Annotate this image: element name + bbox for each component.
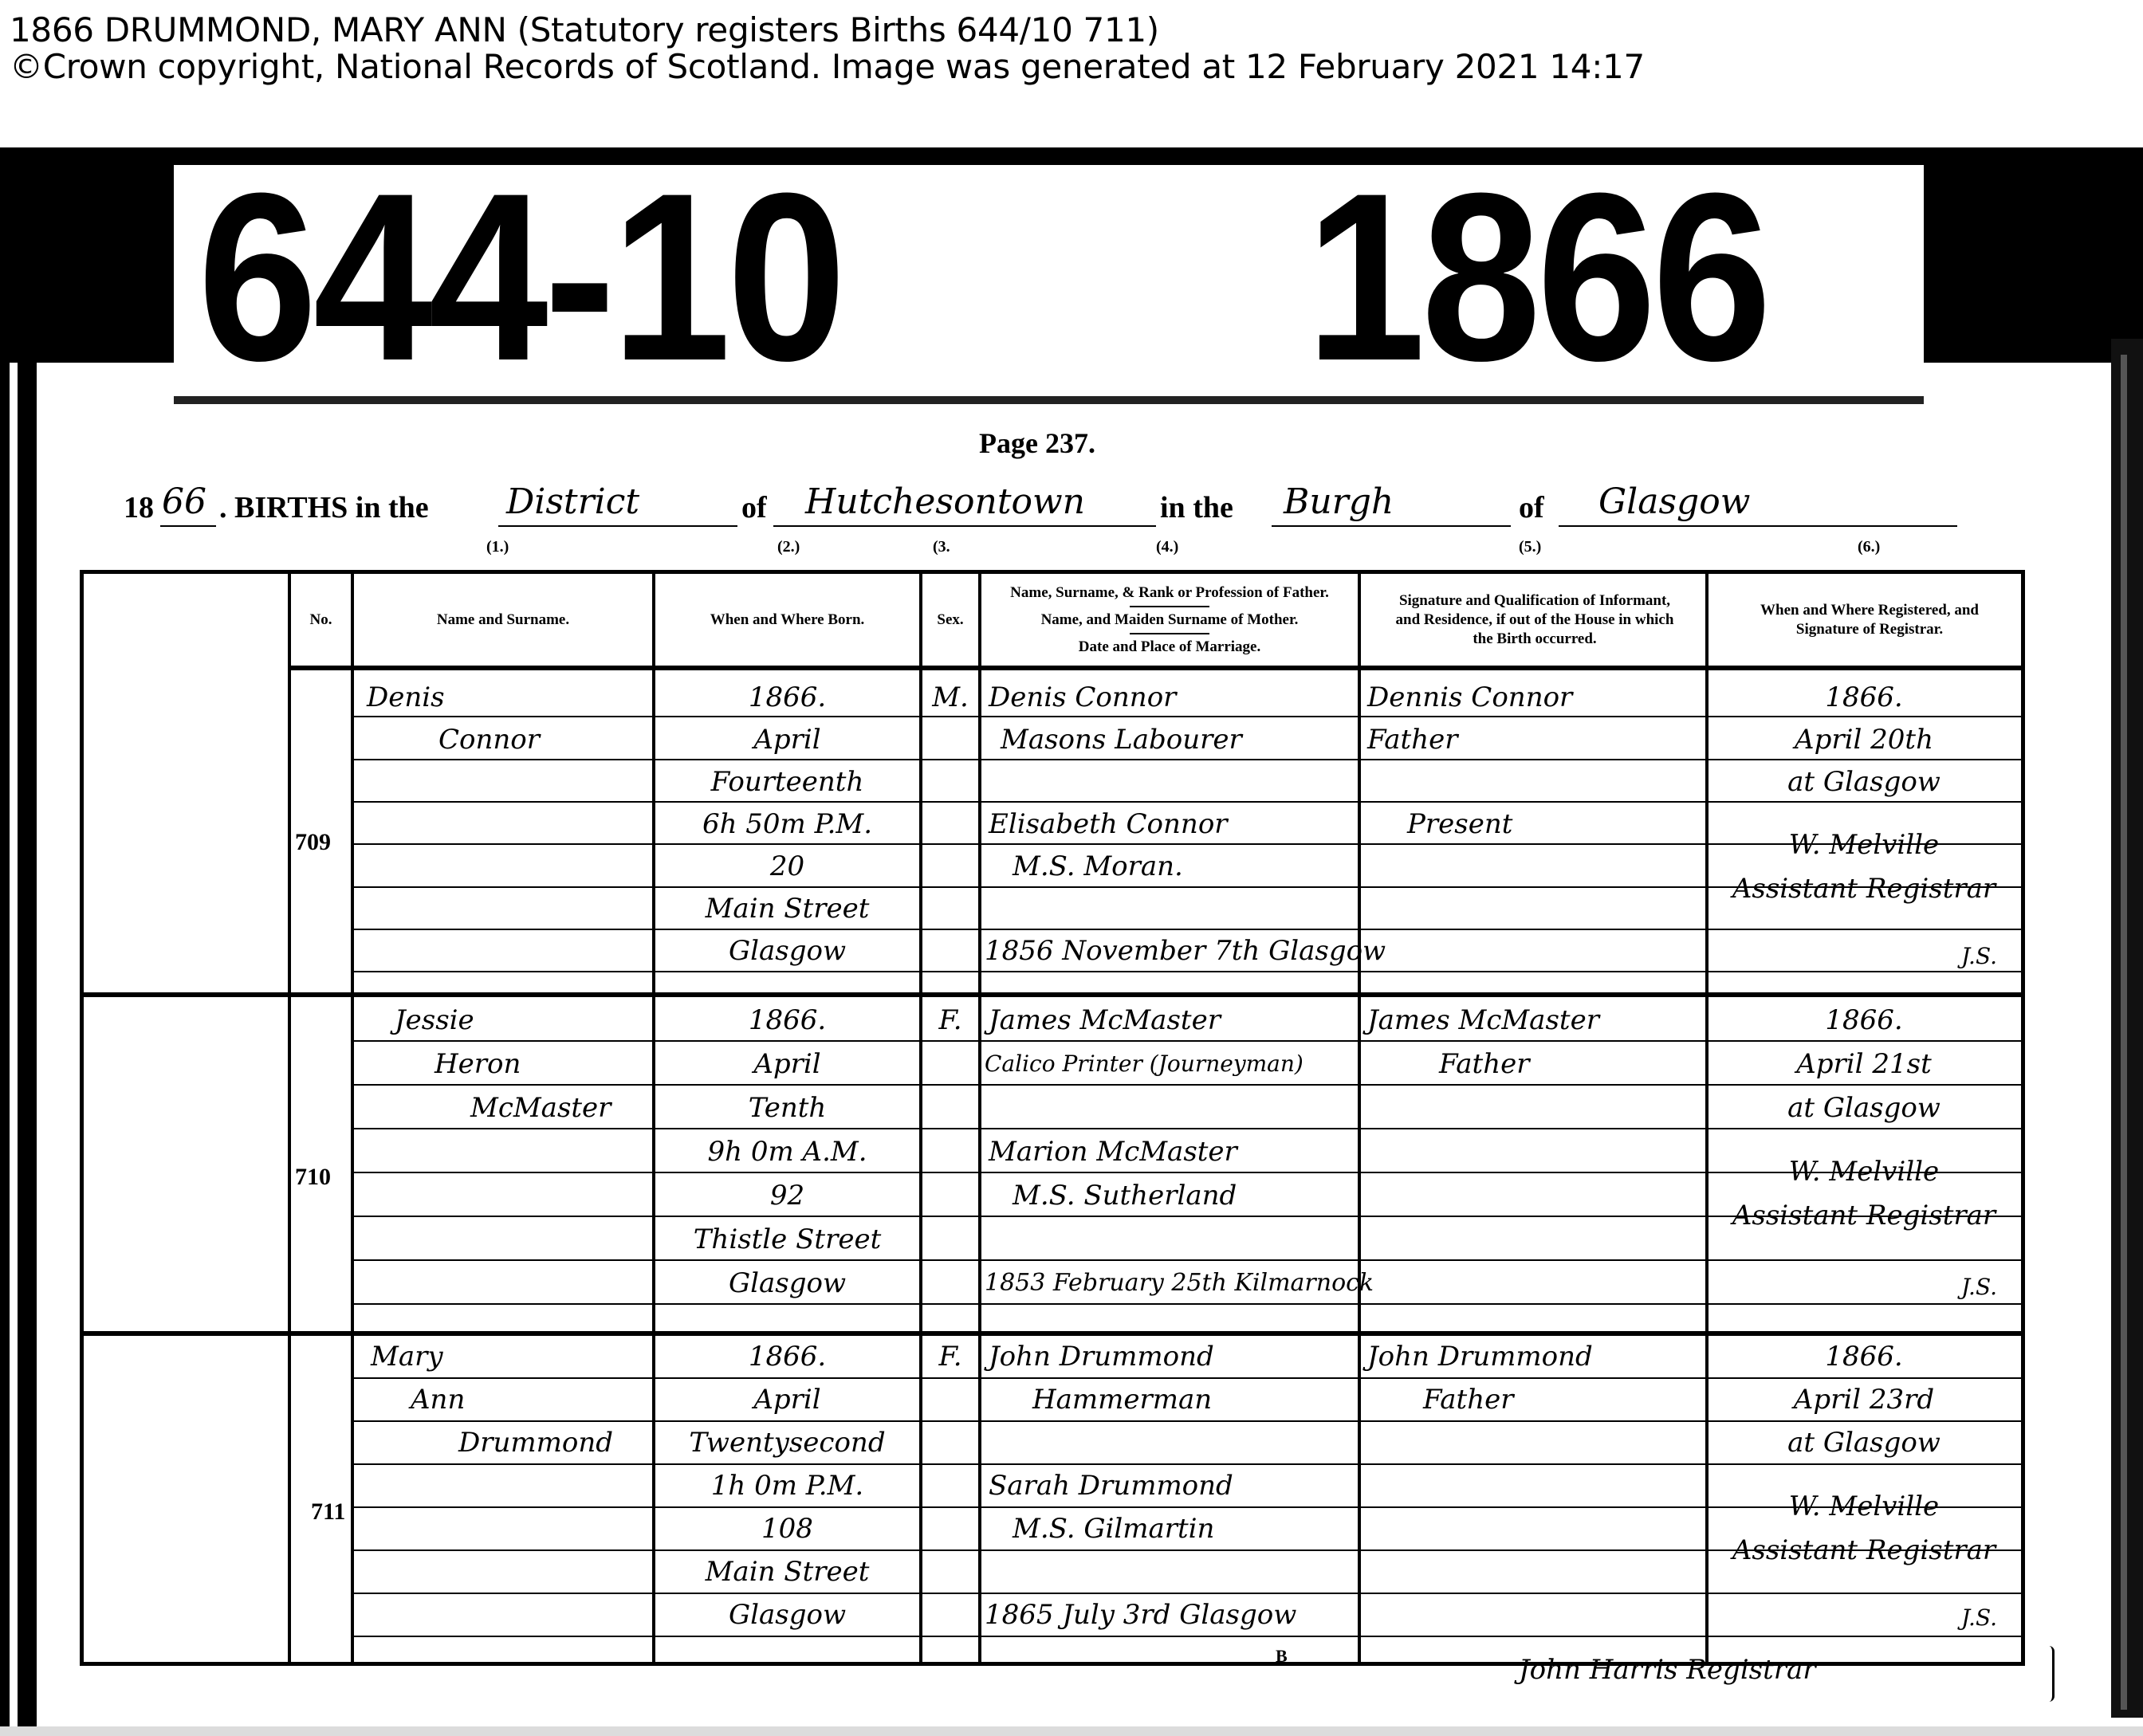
header-born: When and Where Born. <box>655 574 919 666</box>
registrar-initials: J.S. <box>1961 1602 1997 1634</box>
birth-time: 9h 0m A.M. <box>655 1136 919 1168</box>
birth-day: Fourteenth <box>655 766 919 798</box>
bracket-mark <box>2049 1646 2055 1702</box>
informant-qualification: Father <box>1423 1384 1514 1416</box>
column-number-4: (4.) <box>1156 538 1178 556</box>
scan-right-edge-line <box>2121 355 2127 1710</box>
mother-maiden-name: M.S. Sutherland <box>1013 1180 1237 1212</box>
header-father: Name, Surname, & Rank or Profession of F… <box>1010 583 1329 603</box>
child-first-name: Mary <box>371 1341 443 1373</box>
copyright-notice: ©Crown copyright, National Records of Sc… <box>10 48 1645 86</box>
father-name: Denis Connor <box>989 681 1176 713</box>
child-surname: Connor <box>438 724 540 756</box>
father-occupation: Calico Printer (Journeyman) <box>985 1048 1303 1080</box>
registrar-page-signature: John Harris Registrar <box>1519 1654 1816 1686</box>
birth-street: Main Street <box>655 893 919 925</box>
birth-month: April <box>655 1384 919 1416</box>
registrar-title: Assistant Registrar <box>1709 1200 2019 1231</box>
father-name: John Drummond <box>989 1341 1214 1373</box>
header-parents: Name, Surname, & Rank or Profession of F… <box>981 574 1358 666</box>
mother-name: Sarah Drummond <box>989 1470 1233 1502</box>
registered-year: 1866. <box>1709 681 2019 713</box>
record-title: 1866 DRUMMOND, MARY ANN (Statutory regis… <box>10 11 1159 49</box>
marriage-date-place: 1865 July 3rd Glasgow <box>985 1599 1296 1631</box>
father-occupation: Masons Labourer <box>1001 724 1242 756</box>
birth-month: April <box>655 724 919 756</box>
registered-place: at Glasgow <box>1709 766 2019 798</box>
child-first-name: Denis <box>367 681 445 713</box>
register-heading: 18 66 . BIRTHS in the District of Hutche… <box>124 482 1997 530</box>
informant-name: John Drummond <box>1367 1341 1593 1373</box>
header-informant: Signature and Qualification of Informant… <box>1391 574 1678 666</box>
registered-place: at Glasgow <box>1709 1427 2019 1459</box>
column-number-1: (1.) <box>486 538 509 556</box>
scan-right-edge <box>2111 339 2143 1718</box>
birth-town: Glasgow <box>655 935 919 967</box>
birth-house-number: 108 <box>655 1513 919 1545</box>
registrar-signature: W. Melville <box>1709 1491 2019 1522</box>
father-occupation: Hammerman <box>1032 1384 1212 1416</box>
child-middle-name: Ann <box>411 1384 465 1416</box>
birth-house-number: 20 <box>655 850 919 882</box>
marriage-date-place: 1853 February 25th Kilmarnock <box>985 1267 1374 1299</box>
page-number: Page 237. <box>979 426 1095 460</box>
column-number-2: (2.) <box>777 538 800 556</box>
column-number-6: (6.) <box>1858 538 1880 556</box>
heading-in-the: in the <box>1160 490 1233 525</box>
registrar-signature: W. Melville <box>1709 829 2019 861</box>
birth-month: April <box>655 1048 919 1080</box>
scan-left-edge-line <box>10 363 18 1734</box>
birth-year: 1866. <box>655 1341 919 1373</box>
birth-house-number: 92 <box>655 1180 919 1212</box>
reference-number: 644-10 <box>198 157 842 396</box>
header-registered: When and Where Registered, and Signature… <box>1742 574 1997 666</box>
mother-maiden-name: M.S. Moran. <box>1013 850 1183 882</box>
heading-year-suffix: 66 <box>162 481 206 522</box>
heading-births-in-the: . BIRTHS in the <box>219 490 429 525</box>
scan-bottom-margin <box>0 1726 2143 1736</box>
registered-year: 1866. <box>1709 1341 2019 1373</box>
informant-residence: Present <box>1407 808 1512 840</box>
scan-left-edge <box>0 147 37 1736</box>
mother-name: Marion McMaster <box>989 1136 1237 1168</box>
entry-number: 709 <box>295 829 331 856</box>
registrar-title: Assistant Registrar <box>1709 1534 2019 1566</box>
registered-date: April 21st <box>1709 1048 2019 1080</box>
sex: F. <box>922 1004 978 1036</box>
birth-day: Tenth <box>655 1092 919 1124</box>
birth-year: 1866. <box>655 681 919 713</box>
birth-town: Glasgow <box>655 1599 919 1631</box>
registered-date: April 23rd <box>1709 1384 2019 1416</box>
birth-town: Glasgow <box>655 1267 919 1299</box>
registrar-initials: J.S. <box>1961 941 1997 972</box>
heading-district-type: District <box>506 481 639 522</box>
mother-name: Elisabeth Connor <box>989 808 1228 840</box>
child-first-name: Jessie <box>395 1004 474 1036</box>
heading-of-1: of <box>741 490 767 525</box>
heading-burgh-name: Glasgow <box>1598 481 1750 522</box>
child-surname: Drummond <box>458 1427 613 1459</box>
header-sex: Sex. <box>922 574 978 666</box>
child-surname: McMaster <box>470 1092 611 1124</box>
birth-street: Main Street <box>655 1556 919 1588</box>
registered-place: at Glasgow <box>1709 1092 2019 1124</box>
mother-maiden-name: M.S. Gilmartin <box>1013 1513 1214 1545</box>
sex: F. <box>922 1341 978 1373</box>
entry-number: 710 <box>295 1164 331 1191</box>
father-name: James McMaster <box>989 1004 1221 1036</box>
column-number-3: (3. <box>933 538 950 556</box>
registrar-signature: W. Melville <box>1709 1156 2019 1188</box>
informant-qualification: Father <box>1367 724 1458 756</box>
heading-of-2: of <box>1519 490 1544 525</box>
registered-year: 1866. <box>1709 1004 2019 1036</box>
informant-name: Dennis Connor <box>1367 681 1572 713</box>
marriage-date-place: 1856 November 7th Glasgow <box>985 935 1386 967</box>
registered-date: April 20th <box>1709 724 2019 756</box>
page-mark: B <box>1276 1646 1288 1667</box>
registrar-title: Assistant Registrar <box>1709 873 2019 905</box>
reference-label: 644-10 1866 <box>174 165 1924 404</box>
header-mother: Name, and Maiden Surname of Mother. <box>1041 611 1299 630</box>
column-number-5: (5.) <box>1519 538 1541 556</box>
births-register-table: No. Name and Surname. When and Where Bor… <box>80 570 2025 1666</box>
reference-year: 1866 <box>1306 157 1767 396</box>
heading-burgh-type: Burgh <box>1284 481 1394 522</box>
header-no: No. <box>291 574 351 666</box>
header-marriage: Date and Place of Marriage. <box>1079 638 1260 657</box>
header-name: Name and Surname. <box>354 574 652 666</box>
birth-street: Thistle Street <box>655 1223 919 1255</box>
informant-qualification: Father <box>1439 1048 1530 1080</box>
heading-year-prefix: 18 <box>124 490 154 525</box>
registrar-initials: J.S. <box>1961 1271 1997 1303</box>
birth-time: 6h 50m P.M. <box>655 808 919 840</box>
heading-district-name: Hutchesontown <box>805 481 1085 522</box>
birth-year: 1866. <box>655 1004 919 1036</box>
entry-number: 711 <box>311 1498 345 1526</box>
sex: M. <box>922 681 978 713</box>
child-middle-name: Heron <box>434 1048 521 1080</box>
informant-name: James McMaster <box>1367 1004 1599 1036</box>
birth-day: Twentysecond <box>655 1427 919 1459</box>
birth-time: 1h 0m P.M. <box>655 1470 919 1502</box>
register-scan: 644-10 1866 Page 237. 18 66 . BIRTHS in … <box>0 147 2143 1736</box>
